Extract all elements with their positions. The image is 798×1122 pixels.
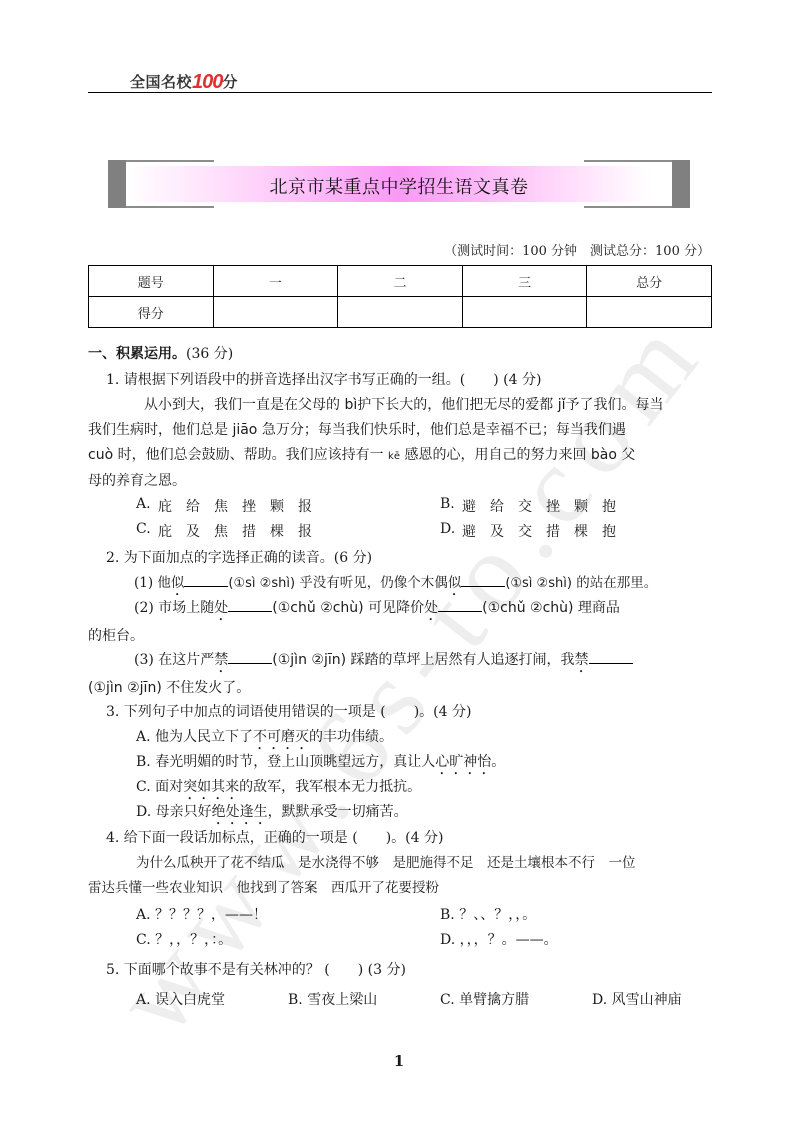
q3-option-a[interactable]: A. 他为人民立下了不可磨灭的丰功伟绩。 — [136, 725, 393, 753]
q5-option-c[interactable]: C. 单臂擒方腊 — [440, 988, 529, 1013]
q1-option-a[interactable]: A. 庇给焦挫颗报 — [136, 496, 326, 516]
q3-option-b[interactable]: B. 春光明媚的时节，登上山顶眺望远方，真让人心旷神怡。 — [136, 750, 505, 778]
page-header: 全国名校100分 — [88, 68, 712, 93]
q2-item-3: (3) 在这片严禁(①jìn ②jīn) 踩踏的草坪上居然有人追逐打闹，我禁 (… — [88, 648, 712, 701]
q4-option-a[interactable]: A. ？？？？，——！ — [136, 903, 267, 928]
title-banner: 北京市某重点中学招生语文真卷 — [108, 160, 690, 208]
score-cell[interactable] — [338, 297, 463, 328]
q3-option-c[interactable]: C. 面对突如其来的敌军，我军根本无力抵抗。 — [136, 775, 421, 803]
page-title: 北京市某重点中学招生语文真卷 — [108, 173, 690, 199]
score-header-row: 题号 一 二 三 总分 — [89, 266, 712, 297]
answer-blank[interactable] — [438, 597, 482, 612]
answer-blank[interactable] — [228, 649, 272, 664]
answer-blank[interactable] — [228, 597, 272, 612]
q1-stem: 1. 请根据下列语段中的拼音选择出汉字书写正确的一组。( ) (4 分) — [106, 368, 712, 393]
page-number: 1 — [0, 1052, 798, 1070]
q1-passage: 从小到大，我们一直是在父母的 bì护下长大的，他们把无尽的爱都 jǐ予了我们。每… — [88, 393, 712, 494]
q3-option-d[interactable]: D. 母亲只好绝处逢生，默默承受一切痛苦。 — [136, 800, 408, 828]
test-meta: （测试时间：100 分钟 测试总分：100 分） — [444, 240, 710, 259]
answer-blank[interactable] — [184, 572, 228, 587]
section-title: 一、积累运用。(36 分) — [88, 342, 233, 367]
score-table: 题号 一 二 三 总分 得分 — [88, 265, 712, 328]
score-cell[interactable] — [462, 297, 587, 328]
q1-option-c[interactable]: C. 庇及焦措棵报 — [136, 521, 326, 541]
score-row: 得分 — [89, 297, 712, 328]
answer-blank[interactable] — [461, 572, 505, 587]
q5-option-a[interactable]: A. 误入白虎堂 — [136, 988, 225, 1013]
q1-option-b[interactable]: B. 避给交挫颗抱 — [440, 496, 630, 516]
answer-blank[interactable] — [589, 649, 633, 664]
q1-option-d[interactable]: D. 避及交措棵抱 — [440, 521, 630, 541]
score-cell[interactable] — [213, 297, 338, 328]
score-cell[interactable] — [587, 297, 712, 328]
brand-logo: 全国名校100分 — [130, 70, 238, 93]
q3-stem: 3. 下列句子中加点的词语使用错误的一项是 ( )。(4 分) — [106, 700, 712, 725]
q2-item-1: (1) 他似(①sì ②shì) 乎没有听见，仍像个木偶似(①sì ②shì) … — [134, 571, 714, 599]
q2-stem: 2. 为下面加点的字选择正确的读音。(6 分) — [106, 546, 712, 571]
q5-option-d[interactable]: D. 风雪山神庙 — [592, 988, 682, 1013]
q4-stem: 4. 给下面一段话加标点，正确的一项是 ( )。(4 分) — [106, 826, 712, 851]
q5-stem: 5. 下面哪个故事不是有关林冲的？ ( ) (3 分) — [106, 958, 712, 983]
q5-option-b[interactable]: B. 雪夜上梁山 — [288, 988, 377, 1013]
q4-option-b[interactable]: B. ？、、？，，。 — [440, 903, 536, 928]
q4-passage: 为什么瓜秧开了花不结瓜 是水浇得不够 是肥施得不足 还是土壤根本不行 一位 雷达… — [88, 851, 712, 901]
q4-option-d[interactable]: D. ，，，？。——。 — [440, 928, 558, 953]
q4-option-c[interactable]: C. ？，，？，：。 — [136, 928, 232, 953]
q2-item-2: (2) 市场上随处(①chǔ ②chù) 可见降价处(①chǔ ②chù) 理商… — [88, 596, 712, 649]
